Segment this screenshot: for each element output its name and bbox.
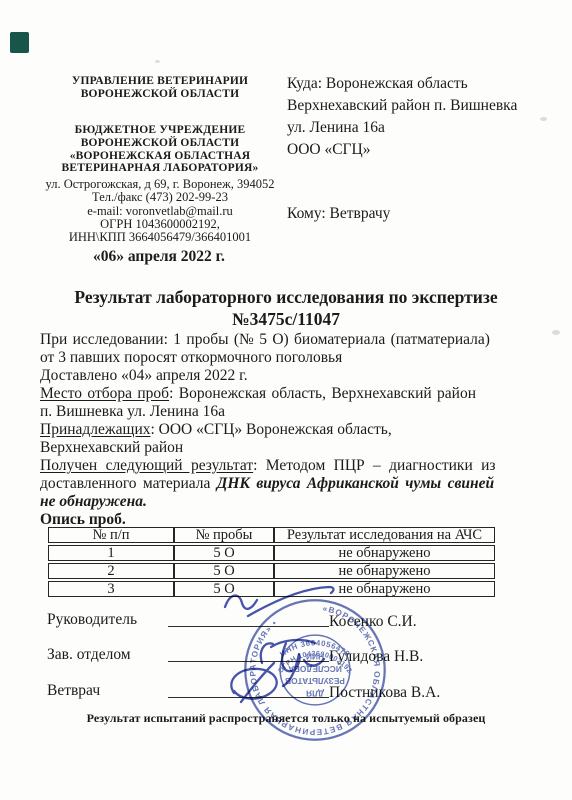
report-title: Результат лабораторного исследования по … — [40, 286, 532, 330]
body-line-examination: При исследовании: 1 пробы (№ 5 О) биомат… — [40, 331, 534, 349]
table-header-result: Результат исследования на АЧС — [274, 527, 495, 543]
org-phone: Тел./факс (473) 202-99-23 — [38, 191, 282, 204]
recipient-block: Куда: Воронежская область Верхнехавский … — [287, 73, 537, 225]
signature-role: Руководитель — [47, 611, 137, 629]
report-number: №3475с/11047 — [40, 308, 532, 330]
org-email: e-mail: voronvetlab@mail.ru — [38, 205, 282, 218]
report-title-line: Результат лабораторного исследования по … — [40, 286, 532, 308]
org-institution-line: ВЕТЕРИНАРНАЯ ЛАБОРАТОРИЯ» — [38, 162, 282, 175]
body-line-sampling-address: п. Вишневка ул. Ленина 16а — [40, 403, 534, 421]
table-header-num: № п/п — [48, 527, 174, 543]
cell-result: не обнаружено — [274, 545, 495, 561]
director-signature-stroke — [248, 587, 333, 616]
recipient-line: Верхнехавский район п. Вишневка — [287, 95, 537, 117]
org-authority: УПРАВЛЕНИЕ ВЕТЕРИНАРИИ ВОРОНЕЖСКОЙ ОБЛАС… — [38, 75, 282, 101]
green-corner-marker — [10, 32, 29, 53]
cell-num: 3 — [48, 581, 174, 597]
cell-num: 2 — [48, 563, 174, 579]
body-line-owner-district: Верхнехавский район — [40, 439, 534, 457]
dept-head-signature-stroke — [304, 659, 324, 666]
body-line-result-lead: Получен следующий результат: Методом ПЦР… — [40, 457, 534, 475]
cell-sample: 5 О — [174, 545, 274, 561]
org-authority-line: ВОРОНЕЖСКОЙ ОБЛАСТИ — [38, 88, 282, 101]
sampling-place-value: : Воронежская область, Верхнехавский рай… — [169, 385, 476, 402]
dept-head-signature-stroke — [271, 640, 315, 647]
scan-noise — [540, 117, 547, 121]
org-authority-line: УПРАВЛЕНИЕ ВЕТЕРИНАРИИ — [38, 75, 282, 88]
letterhead-org-block: УПРАВЛЕНИЕ ВЕТЕРИНАРИИ ВОРОНЕЖСКОЙ ОБЛАС… — [38, 75, 282, 244]
result-label: Получен следующий результат — [40, 457, 253, 474]
sampling-place-label: Место отбора проб — [40, 385, 169, 402]
org-institution-line: ВОРОНЕЖСКОЙ ОБЛАСТИ — [38, 137, 282, 150]
director-signature-stroke — [225, 596, 257, 609]
scan-noise — [552, 330, 560, 335]
org-institution-line: БЮДЖЕТНОЕ УЧРЕЖДЕНИЕ — [38, 124, 282, 137]
body-line-result-conclusion: не обнаружена. — [40, 493, 534, 511]
body-line-origin: от 3 павших поросят откормочного поголов… — [40, 349, 534, 367]
cell-num: 1 — [48, 545, 174, 561]
body-line-owner: Принадлежащих: ООО «СГЦ» Воронежская обл… — [40, 421, 534, 439]
result-virus: ДНК вируса Африканской чумы свиней — [217, 475, 494, 492]
owner-label: Принадлежащих — [40, 421, 150, 438]
recipient-line: ООО «СГЦ» — [287, 139, 537, 161]
table-header-sample: № пробы — [174, 527, 274, 543]
result-material: доставленного материала — [40, 475, 217, 492]
signature-role: Зав. отделом — [47, 646, 131, 664]
body-line-sampling-place: Место отбора проб: Воронежская область, … — [40, 385, 534, 403]
scanned-lab-report-page: УПРАВЛЕНИЕ ВЕТЕРИНАРИИ ВОРОНЕЖСКОЙ ОБЛАС… — [0, 0, 572, 800]
body-line-delivered: Доставлено «04» апреля 2022 г. — [40, 367, 534, 385]
org-institution: БЮДЖЕТНОЕ УЧРЕЖДЕНИЕ ВОРОНЕЖСКОЙ ОБЛАСТИ… — [38, 124, 282, 175]
result-method: : Методом ПЦР – диагностики из — [253, 457, 495, 474]
handwritten-signatures — [170, 575, 420, 745]
recipient-line: Куда: Воронежская область — [287, 73, 537, 95]
org-contacts: ул. Острогожская, д 69, г. Воронеж, 3940… — [38, 178, 282, 244]
recipient-line: ул. Ленина 16а — [287, 117, 537, 139]
owner-value: : ООО «СГЦ» Воронежская область, — [150, 421, 391, 438]
signature-role: Ветврач — [47, 682, 100, 700]
recipient-attn: Кому: Ветврачу — [287, 203, 537, 225]
report-body: При исследовании: 1 пробы (№ 5 О) биомат… — [40, 331, 534, 529]
org-institution-line: «ВОРОНЕЖСКАЯ ОБЛАСТНАЯ — [38, 150, 282, 163]
table-row: 1 5 О не обнаружено — [48, 545, 495, 561]
body-line-result-detail: доставленного материала ДНК вируса Африк… — [40, 475, 534, 493]
dept-head-signature-stroke — [282, 643, 299, 686]
table-header-row: № п/п № пробы Результат исследования на … — [48, 527, 495, 543]
org-inn-kpp: ИНН\КПП 3664056479/366401001 — [38, 231, 282, 244]
scan-noise — [155, 60, 160, 63]
document-date: «06» апреля 2022 г. — [93, 248, 225, 266]
